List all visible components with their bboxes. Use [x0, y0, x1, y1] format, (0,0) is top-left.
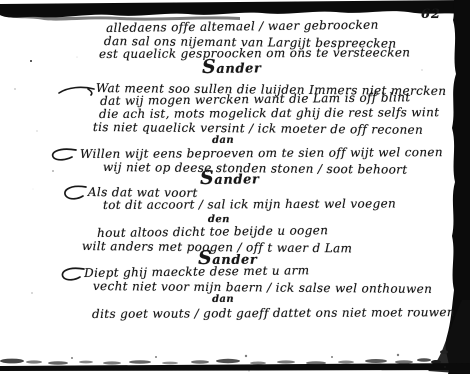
text-line: die ach ist, mots mogelick dat ghij die …	[99, 106, 439, 120]
text-line: vecht niet voor mijn baern / ick salse w…	[93, 280, 432, 295]
speaker-heading: Sander	[202, 60, 261, 76]
opening-dash-flourish	[58, 84, 96, 96]
paragraph-curl-flourish	[48, 147, 78, 163]
scan-speckles	[30, 60, 32, 62]
text-line: alledaens offe altemael / waer gebroocke…	[106, 19, 379, 34]
speaker-heading: dan	[212, 294, 234, 306]
text-line: hout altoos dicht toe beijde u oogen	[97, 224, 328, 239]
paragraph-curl-flourish	[60, 184, 88, 202]
speaker-heading: dan	[212, 135, 234, 147]
text-line: est quaelick gesproocken om ons te verst…	[99, 46, 410, 60]
page-number: 62	[421, 7, 441, 22]
text-line: dits goet wouts / godt gaeff dattet ons …	[92, 306, 455, 320]
text-line: Willen wijt eens beproeven om te sien of…	[80, 146, 443, 160]
manuscript-page: 62 alledaens offe altemael / waer gebroo…	[0, 0, 470, 374]
paragraph-curl-flourish	[58, 266, 86, 282]
text-line: tot dit accoort / sal ick mijn haest wel…	[103, 197, 396, 211]
speaker-heading: Sander	[200, 171, 259, 187]
text-line: Diept ghij maeckte dese met u arm	[84, 264, 310, 279]
text-line: tis niet quaelick versint / ick moeter d…	[93, 121, 423, 136]
